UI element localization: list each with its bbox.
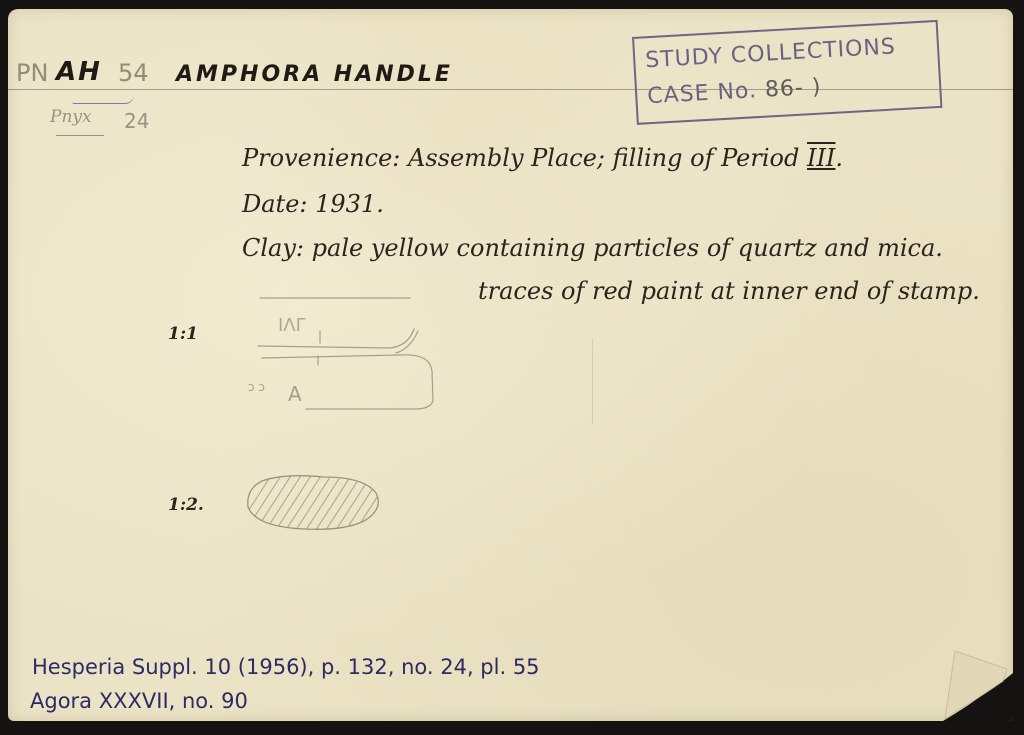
provenience-value: Assembly Place; filling of Period (408, 144, 799, 172)
torn-corner (933, 651, 1013, 721)
clay-value: pale yellow containing particles of quar… (312, 234, 943, 262)
stamp-title: STUDY COLLECTIONS (645, 34, 897, 73)
clay-line: Clay: pale yellow containing particles o… (242, 234, 943, 262)
site-label-underline (56, 135, 104, 136)
scale-1-1-label: 1:1 (168, 324, 198, 344)
scale-1-2-label: 1:2. (168, 495, 204, 515)
provenience-line: Provenience: Assembly Place; filling of … (242, 144, 843, 172)
date-label: Date: (242, 190, 307, 218)
reference-agora: Agora XXXVII, no. 90 (30, 689, 248, 713)
date-value: 1931. (315, 190, 384, 218)
clay-label: Clay: (242, 234, 304, 262)
stamp-sketch-drawing: ΙΛΓ Α ↄ ɔ (230, 291, 450, 416)
inventory-code: AH (56, 57, 102, 87)
site-number: 24 (124, 109, 149, 133)
handle-section-drawing (244, 471, 384, 533)
stamp-case-prefix: CASE No. (647, 78, 758, 109)
inventory-underline-mark (72, 95, 134, 104)
date-line: Date: 1931. (242, 190, 384, 218)
clay-line-2: traces of red paint at inner end of stam… (478, 277, 980, 305)
reference-hesperia: Hesperia Suppl. 10 (1956), p. 132, no. 2… (32, 655, 540, 679)
svg-text:ↄ ɔ: ↄ ɔ (248, 380, 265, 394)
paper-crease (592, 339, 593, 424)
scanned-card-image: PN AH 54 AMPHORA HANDLE Pnyx 24 STUDY CO… (0, 0, 1024, 735)
object-name: AMPHORA HANDLE (176, 62, 453, 87)
stamp-case-number: 86- (764, 76, 804, 103)
stamp-case-line: CASE No. 86- ) (647, 75, 822, 110)
stamp-case-mark: ) (811, 75, 822, 100)
period-numeral: III (807, 144, 835, 172)
catalog-card: PN AH 54 AMPHORA HANDLE Pnyx 24 STUDY CO… (8, 9, 1013, 721)
site-label: Pnyx (50, 107, 92, 127)
study-collections-stamp: STUDY COLLECTIONS CASE No. 86- ) (632, 20, 942, 125)
provenience-label: Provenience: (242, 144, 400, 172)
period-end: . (835, 144, 843, 172)
svg-text:Α: Α (288, 382, 302, 406)
inventory-prefix: PN (16, 59, 48, 87)
svg-text:ΙΛΓ: ΙΛΓ (278, 315, 306, 336)
inventory-number: 54 (118, 59, 149, 87)
